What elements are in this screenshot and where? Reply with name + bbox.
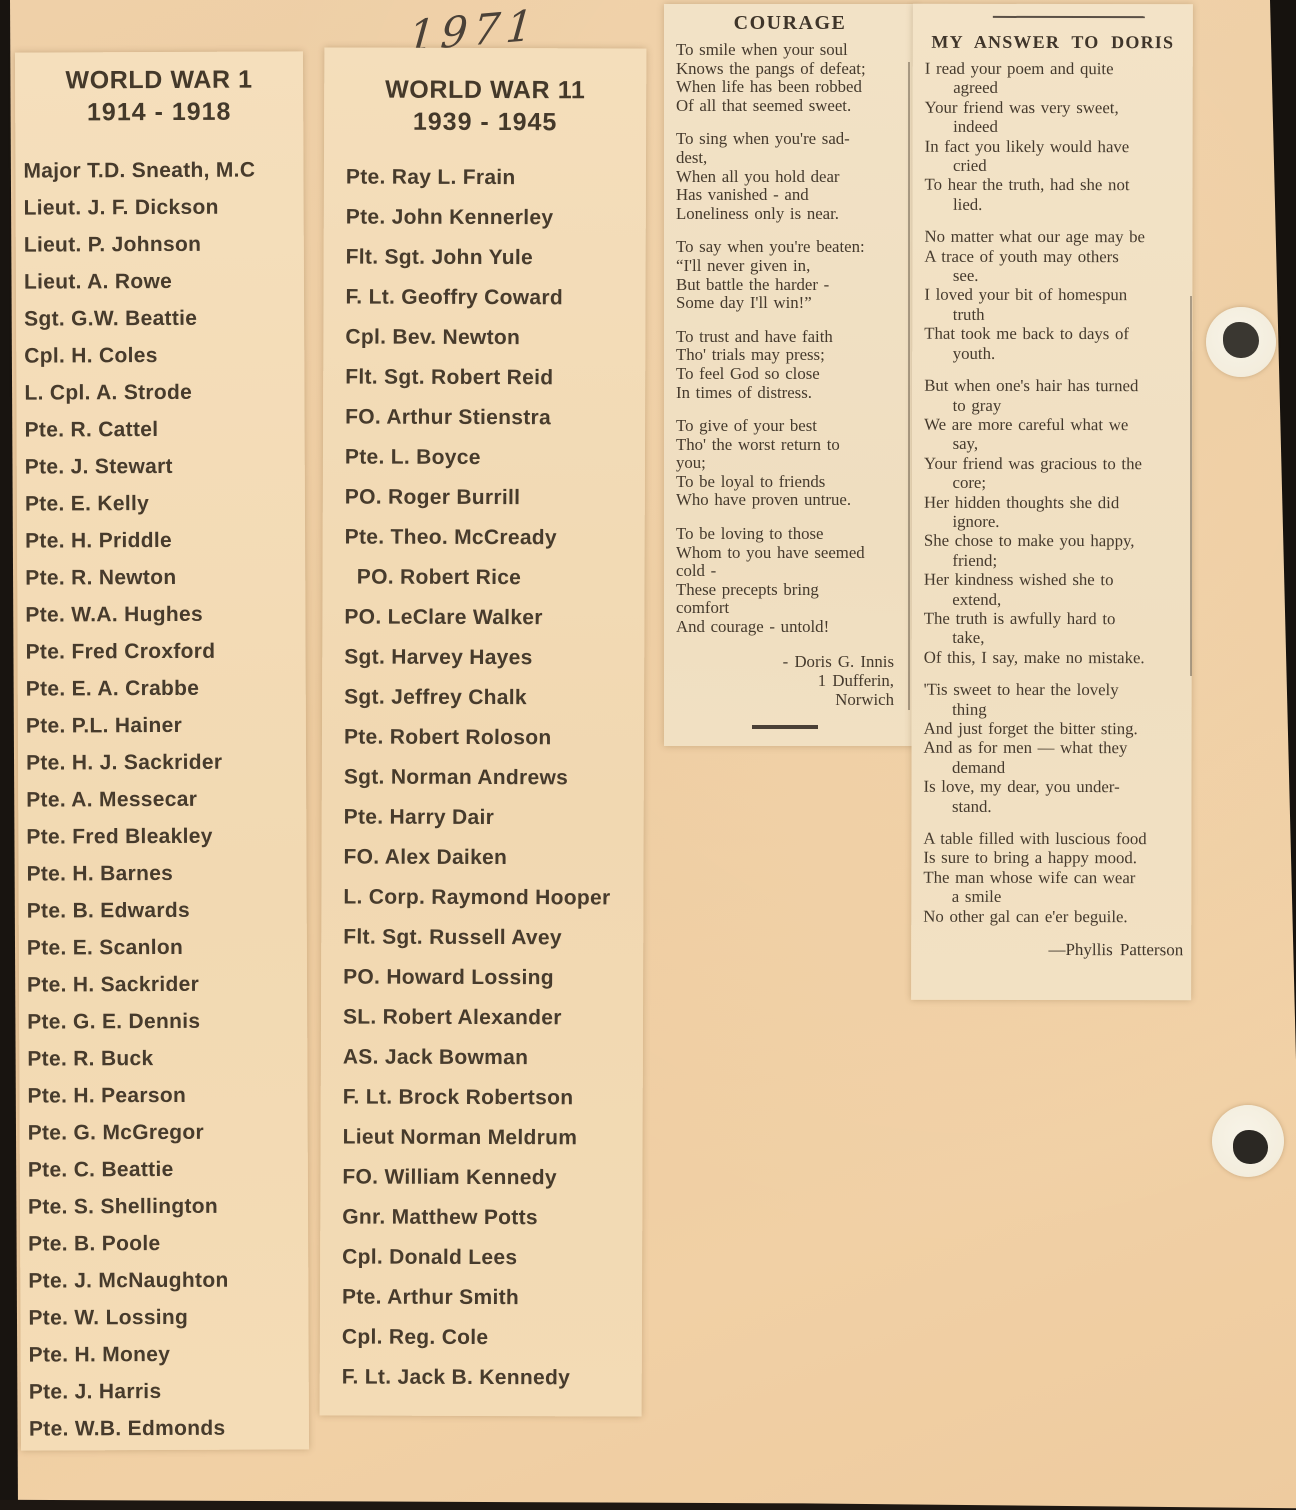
page-edge-right [1268,0,1296,1060]
ww2-name: Sgt. Jeffrey Chalk [322,677,644,718]
answer-line: I read your poem and quite [925,59,1187,79]
answer-line: take, [924,628,1186,648]
courage-end-rule [752,725,818,729]
ww2-name: Flt. Sgt. Russell Avey [321,917,643,958]
courage-line: Tho' the worst return to [676,436,910,455]
answer-line: She chose to make you happy, [924,531,1186,551]
ww1-name: Pte. G. E. Dennis [19,1002,307,1040]
courage-line: To smile when your soul [676,41,910,60]
poem-stanza: No matter what our age may beA trace of … [924,227,1186,363]
ww2-name: Cpl. Reg. Cole [320,1317,642,1358]
courage-line: When all you hold dear [676,168,910,187]
ww2-name: Pte. L. Boyce [323,437,645,478]
courage-line: To trust and have faith [676,328,910,347]
ww1-name: Pte. E. A. Crabbe [18,669,306,707]
page-edge-bottom [0,1498,1296,1510]
ww2-title: WORLD WAR 11 [324,73,646,106]
poem-stanza: A table filled with luscious foodIs sure… [923,829,1185,926]
ww1-name: Lieut. P. Johnson [16,225,304,263]
answer-line: Your friend was very sweet, [925,98,1187,118]
ww2-name: PO. LeClare Walker [322,597,644,638]
ww2-name: Flt. Sgt. John Yule [324,237,646,278]
answer-line: cried [925,156,1187,176]
ww2-name: Sgt. Norman Andrews [322,757,644,798]
ww1-name: Pte. J. McNaughton [20,1261,308,1299]
ww2-name: Pte. Harry Dair [322,797,644,838]
courage-line: Of all that seemed sweet. [676,97,910,116]
ww2-name: PO. Howard Lossing [321,957,643,998]
answer-line: extend, [924,589,1186,609]
poem-stanza: 'Tis sweet to hear the lovely thingAnd j… [923,680,1185,816]
answer-line: youth. [924,343,1186,363]
ww1-name: Pte. H. Pearson [19,1076,307,1114]
column-rule-left [908,62,910,710]
ww1-years: 1914 - 1918 [15,95,303,128]
ww2-name: AS. Jack Bowman [321,1037,643,1078]
courage-line: To give of your best [676,417,910,436]
ww2-name: Pte. John Kennerley [324,197,646,238]
answer-line: The man whose wife can wear [923,868,1185,888]
answer-line: Is sure to bring a happy mood. [923,848,1185,868]
courage-line: Who have proven untrue. [676,491,910,510]
ww2-name: Flt. Sgt. Robert Reid [323,357,645,398]
ww1-name: Pte. Fred Bleakley [18,817,306,855]
courage-line: To be loving to those [676,525,910,544]
answer-line: And as for men — what they [924,738,1186,758]
answer-line: In fact you likely would have [925,136,1187,156]
answer-line: Her kindness wished she to [924,570,1186,590]
answer-line: indeed [925,117,1187,137]
ww1-name: Pte. S. Shellington [20,1187,308,1225]
hole-punch-top-hole [1223,322,1259,358]
ww1-name: Lieut. J. F. Dickson [16,188,304,226]
poem-stanza: To say when you're beaten:“I'll never gi… [676,238,910,312]
answer-title: MY ANSWER TO DORIS [913,32,1193,53]
answer-line: truth [924,305,1186,325]
ww2-name: PO. Roger Burrill [323,477,645,518]
answer-line: Is love, my dear, you under- [923,777,1185,797]
courage-line: These precepts bring [676,581,910,600]
answer-line: I loved your bit of homespun [924,285,1186,305]
courage-signature-line: Norwich [664,690,906,709]
courage-line: To be loyal to friends [676,473,910,492]
ww2-clipping: WORLD WAR 11 1939 - 1945 Pte. Ray L. Fra… [320,47,647,1416]
ww2-name-list: Pte. Ray L. FrainPte. John KennerleyFlt.… [320,157,646,1398]
courage-line: And courage - untold! [676,618,910,637]
answer-line: say, [924,434,1186,454]
ww1-name-list: Major T.D. Sneath, M.CLieut. J. F. Dicks… [15,151,309,1447]
courage-line: “I'll never given in, [676,257,910,276]
ww1-name: Major T.D. Sneath, M.C [15,151,303,189]
answer-line: see. [924,266,1186,286]
ww2-name: Pte. Theo. McCready [323,517,645,558]
courage-line: To sing when you're sad- [676,130,910,149]
answer-top-rule [993,16,1145,18]
answer-line: 'Tis sweet to hear the lovely [924,680,1186,700]
courage-line: In times of distress. [676,384,910,403]
courage-line: Loneliness only is near. [676,205,910,224]
ww2-name: Sgt. Harvey Hayes [322,637,644,678]
answer-body: I read your poem and quite agreedYour fr… [911,53,1193,927]
ww1-name: Pte. B. Edwards [19,891,307,929]
courage-signature-line: - Doris G. Innis [664,652,906,671]
courage-line: Whom to you have seemed [676,544,910,563]
answer-line: A table filled with luscious food [923,829,1185,849]
ww2-name: FO. Alex Daiken [321,837,643,878]
answer-line: ignore. [924,512,1186,532]
answer-clipping: MY ANSWER TO DORIS I read your poem and … [911,4,1193,1000]
courage-title: COURAGE [664,12,916,35]
ww1-title: WORLD WAR 1 [15,63,303,96]
poem-stanza: To be loving to thoseWhom to you have se… [676,525,910,637]
answer-line: But when one's hair has turned [924,376,1186,396]
ww1-name: Pte. R. Buck [19,1039,307,1077]
courage-line: Has vanished - and [676,186,910,205]
ww1-name: Pte. J. Stewart [17,447,305,485]
ww1-name: Pte. C. Beattie [20,1150,308,1188]
courage-body: To smile when your soulKnows the pangs o… [664,35,916,637]
answer-line: A trace of youth may others [924,246,1186,266]
ww1-name: Pte. Fred Croxford [17,632,305,670]
answer-signature: —Phyllis Patterson [911,940,1191,960]
answer-line: That took me back to days of [924,324,1186,344]
ww2-years: 1939 - 1945 [324,105,646,138]
hole-punch-bottom-hole [1233,1130,1268,1164]
poem-stanza: To sing when you're sad-dest,When all yo… [676,130,910,223]
ww1-name: Pte. H. Money [21,1335,309,1373]
answer-line: thing [924,699,1186,719]
courage-line: But battle the harder - [676,276,910,295]
hole-punch-bottom [1212,1105,1284,1177]
courage-line: dest, [676,149,910,168]
answer-line: The truth is awfully hard to [924,609,1186,629]
courage-line: To say when you're beaten: [676,238,910,257]
hole-punch-top [1206,307,1276,377]
courage-line: Tho' trials may press; [676,346,910,365]
courage-line: When life has been robbed [676,78,910,97]
answer-line: a smile [923,887,1185,907]
answer-line: friend; [924,551,1186,571]
ww1-name: Pte. P.L. Hainer [18,706,306,744]
ww2-name: Cpl. Donald Lees [320,1237,642,1278]
answer-line: lied. [925,195,1187,215]
answer-line: We are more careful what we [924,415,1186,435]
courage-line: Some day I'll win!” [676,294,910,313]
ww2-name: Gnr. Matthew Potts [320,1197,642,1238]
answer-line: Her hidden thoughts she did [924,492,1186,512]
ww2-name: F. Lt. Brock Robertson [321,1077,643,1118]
ww1-name: Pte. H. Priddle [17,521,305,559]
ww1-name: Pte. W.A. Hughes [17,595,305,633]
ww1-name: Pte. G. McGregor [20,1113,308,1151]
ww1-clipping: WORLD WAR 1 1914 - 1918 Major T.D. Sneat… [15,51,309,1450]
poem-stanza: I read your poem and quite agreedYour fr… [925,59,1187,215]
answer-line: core; [924,473,1186,493]
answer-line: And just forget the bitter sting. [924,719,1186,739]
poem-stanza: To smile when your soulKnows the pangs o… [676,41,910,115]
ww2-name: F. Lt. Geoffry Coward [323,277,645,318]
ww1-name: Pte. A. Messecar [18,780,306,818]
answer-line: agreed [925,78,1187,98]
ww1-name: Pte. E. Scanlon [19,928,307,966]
answer-line: To hear the truth, had she not [925,175,1187,195]
answer-line: No matter what our age may be [924,227,1186,247]
answer-line: No other gal can e'er beguile. [923,906,1185,926]
ww1-name: Pte. W.B. Edmonds [21,1409,309,1447]
ww1-name: Lieut. A. Rowe [16,262,304,300]
column-rule-right [1190,296,1192,676]
ww1-name: Pte. J. Harris [21,1372,309,1410]
courage-line: To feel God so close [676,365,910,384]
courage-signature: - Doris G. Innis1 Dufferin,Norwich [664,652,916,709]
ww1-name: Sgt. G.W. Beattie [16,299,304,337]
ww1-name: Pte. H. Sackrider [19,965,307,1003]
ww1-name: Pte. W. Lossing [20,1298,308,1336]
answer-line: Your friend was gracious to the [924,453,1186,473]
ww2-name: FO. William Kennedy [320,1157,642,1198]
ww1-name: Pte. B. Poole [20,1224,308,1262]
ww2-name: Pte. Robert Roloson [322,717,644,758]
ww1-name: Pte. R. Newton [17,558,305,596]
poem-stanza: To trust and have faithTho' trials may p… [676,328,910,402]
ww2-name: Cpl. Bev. Newton [323,317,645,358]
ww1-name: Pte. H. Barnes [18,854,306,892]
answer-line: Of this, I say, make no mistake. [924,648,1186,668]
ww1-name: Pte. R. Cattel [17,410,305,448]
ww2-name: Pte. Arthur Smith [320,1277,642,1318]
courage-signature-line: 1 Dufferin, [664,671,906,690]
ww2-name: Lieut Norman Meldrum [321,1117,643,1158]
ww1-name: Pte. E. Kelly [17,484,305,522]
ww2-name: PO. Robert Rice [322,557,644,598]
answer-line: to gray [924,395,1186,415]
poem-stanza: But when one's hair has turned to grayWe… [924,376,1187,668]
answer-line: demand [924,758,1186,778]
courage-line: comfort [676,599,910,618]
ww1-name: Cpl. H. Coles [16,336,304,374]
poem-stanza: To give of your bestTho' the worst retur… [676,417,910,510]
ww2-name: SL. Robert Alexander [321,997,643,1038]
courage-line: Knows the pangs of defeat; [676,60,910,79]
answer-line: stand. [923,796,1185,816]
courage-line: cold - [676,562,910,581]
courage-line: you; [676,454,910,473]
ww2-name: Pte. Ray L. Frain [324,157,646,198]
courage-clipping: COURAGE To smile when your soulKnows the… [664,4,916,746]
ww2-name: F. Lt. Jack B. Kennedy [320,1357,642,1398]
ww1-name: L. Cpl. A. Strode [16,373,304,411]
ww1-name: Pte. H. J. Sackrider [18,743,306,781]
ww2-name: L. Corp. Raymond Hooper [321,877,643,918]
ww2-name: FO. Arthur Stienstra [323,397,645,438]
scrapbook-page: 1971 WORLD WAR 1 1914 - 1918 Major T.D. … [0,0,1296,1510]
